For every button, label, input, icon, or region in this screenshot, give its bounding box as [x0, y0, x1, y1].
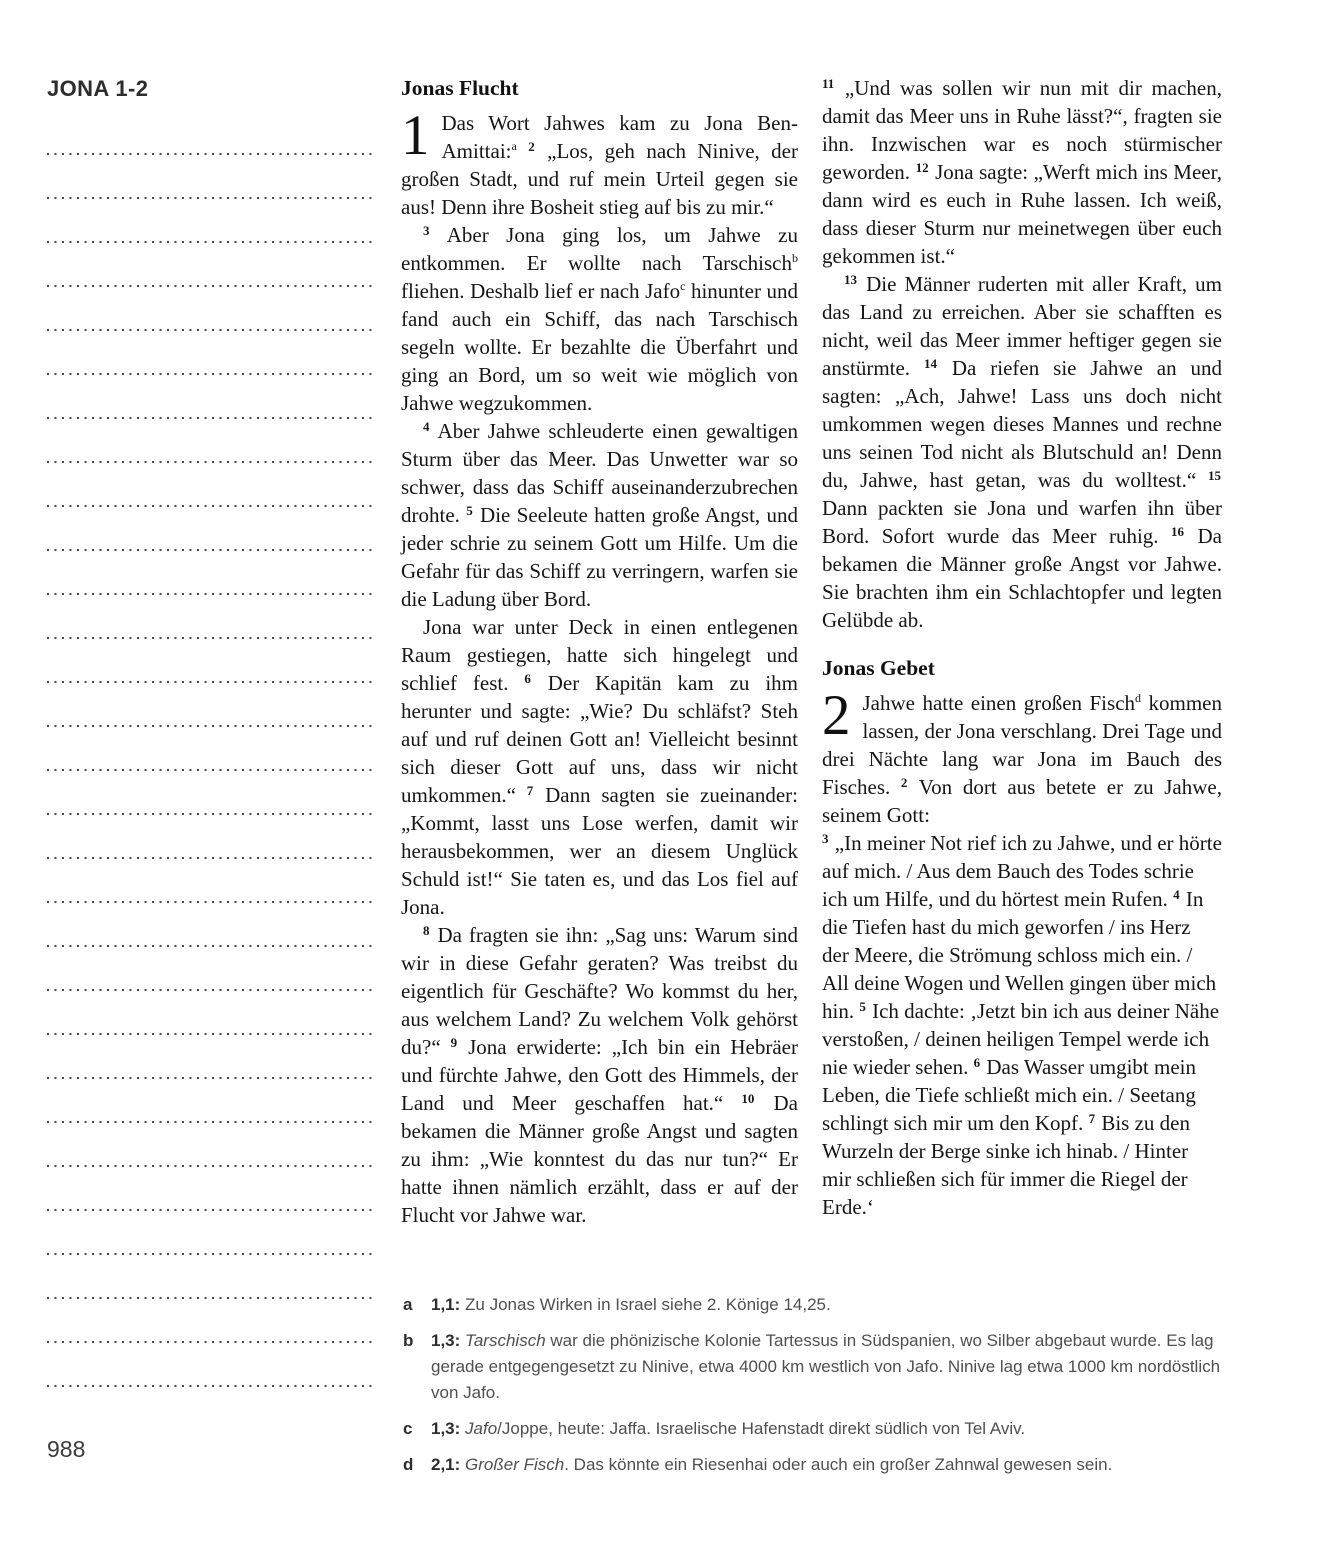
note-line — [47, 683, 373, 727]
note-line — [47, 1255, 373, 1299]
note-line — [47, 331, 373, 375]
note-line — [47, 1343, 373, 1387]
verse-paragraph: 4 Aber Jahwe schleuderte einen gewaltige… — [401, 417, 798, 613]
verse-paragraph: 13 Die Männer ruderten mit aller Kraft, … — [822, 270, 1222, 634]
italic-term: Tarschisch — [465, 1331, 546, 1350]
verse-number: 14 — [924, 356, 937, 371]
note-line — [47, 507, 373, 551]
footnote-reference: 1,3: — [431, 1419, 460, 1438]
italic-term: Großer Fisch — [465, 1455, 564, 1474]
verse-number: 6 — [524, 671, 531, 686]
verse-number: 15 — [1208, 468, 1221, 483]
footnote: a1,1: Zu Jonas Wirken in Israel siehe 2.… — [403, 1292, 1251, 1318]
verse-number: 5 — [859, 999, 866, 1014]
note-line — [47, 1035, 373, 1079]
note-line — [47, 1299, 373, 1343]
note-line — [47, 111, 373, 155]
footnote-letter: b — [403, 1328, 431, 1406]
note-line — [47, 1167, 373, 1211]
verse-number: 9 — [451, 1035, 458, 1050]
text-column-left: Jonas Flucht1Das Wort Jahwes kam zu Jona… — [401, 74, 798, 1229]
verse-paragraph: 8 Da fragten sie ihn: „Sag uns: Warum si… — [401, 921, 798, 1229]
note-line — [47, 199, 373, 243]
verse-number: 8 — [423, 923, 430, 938]
note-line — [47, 947, 373, 991]
running-header: JONA 1-2 — [47, 76, 148, 102]
note-line — [47, 243, 373, 287]
note-line — [47, 771, 373, 815]
footnote-reference: 2,1: — [431, 1455, 460, 1474]
verse-number: 10 — [741, 1091, 754, 1106]
footnote-reference: 1,1: — [431, 1295, 460, 1314]
verse-number: 5 — [466, 503, 473, 518]
verse-number: 12 — [916, 160, 929, 175]
footnote: d2,1: Großer Fisch. Das könnte ein Riese… — [403, 1452, 1251, 1478]
verse-number: 3 — [822, 831, 829, 846]
note-line — [47, 727, 373, 771]
section-heading: Jonas Flucht — [401, 74, 798, 102]
footnote-text: 1,1: Zu Jonas Wirken in Israel siehe 2. … — [431, 1292, 1251, 1318]
note-line — [47, 903, 373, 947]
verse-number: 7 — [527, 783, 534, 798]
chapter-start-paragraph: 1Das Wort Jahwes kam zu Jona Ben-Amittai… — [401, 109, 798, 221]
footnote-marker: b — [792, 251, 798, 265]
book-page: JONA 1-2 Jonas Flucht1Das Wort Jahwes ka… — [0, 0, 1339, 1560]
page-number: 988 — [47, 1436, 85, 1463]
verse-paragraph: Jona war unter Deck in einen entlegenen … — [401, 613, 798, 921]
poem-paragraph: 3 „In meiner Not rief ich zu Jahwe, und … — [822, 829, 1222, 1221]
notes-lines-area — [47, 111, 373, 1387]
note-line — [47, 859, 373, 903]
chapter-start-paragraph: 2Jahwe hatte einen großen Fischd kommen … — [822, 689, 1222, 829]
footnote: b1,3: Tarschisch war die phönizische Kol… — [403, 1328, 1251, 1406]
note-line — [47, 463, 373, 507]
note-line — [47, 991, 373, 1035]
note-line — [47, 419, 373, 463]
verse-number: 4 — [423, 419, 430, 434]
note-line — [47, 287, 373, 331]
note-line — [47, 815, 373, 859]
footnote-letter: c — [403, 1416, 431, 1442]
verse-paragraph: 3 Aber Jona ging los, um Jahwe zu entkom… — [401, 221, 798, 417]
verse-number: 3 — [423, 223, 430, 238]
note-line — [47, 1079, 373, 1123]
verse-number: 16 — [1171, 524, 1184, 539]
footnote: c1,3: Jafo/Joppe, heute: Jaffa. Israelis… — [403, 1416, 1251, 1442]
chapter-number-dropcap: 1 — [401, 109, 442, 161]
verse-number: 6 — [974, 1055, 981, 1070]
note-line — [47, 595, 373, 639]
note-line — [47, 1211, 373, 1255]
verse-number: 4 — [1173, 887, 1180, 902]
footnote-letter: a — [403, 1292, 431, 1318]
text-column-right: 11 „Und was sollen wir nun mit dir mache… — [822, 74, 1222, 1221]
footnote-text: 1,3: Tarschisch war die phönizische Kolo… — [431, 1328, 1251, 1406]
footnote-letter: d — [403, 1452, 431, 1478]
verse-number: 2 — [901, 775, 908, 790]
verse-number: 2 — [528, 139, 535, 154]
note-line — [47, 639, 373, 683]
note-line — [47, 155, 373, 199]
footnote-marker: d — [1135, 691, 1141, 705]
verse-number: 13 — [844, 272, 857, 287]
footnotes-area: a1,1: Zu Jonas Wirken in Israel siehe 2.… — [403, 1292, 1251, 1488]
verse-paragraph: 11 „Und was sollen wir nun mit dir mache… — [822, 74, 1222, 270]
verse-number: 11 — [822, 76, 834, 91]
note-line — [47, 1123, 373, 1167]
footnote-text: 2,1: Großer Fisch. Das könnte ein Riesen… — [431, 1452, 1251, 1478]
footnote-marker: c — [680, 279, 685, 293]
verse-number: 7 — [1089, 1111, 1096, 1126]
italic-term: Jafo — [465, 1419, 497, 1438]
footnote-text: 1,3: Jafo/Joppe, heute: Jaffa. Israelisc… — [431, 1416, 1251, 1442]
footnote-marker: a — [512, 139, 517, 153]
section-heading: Jonas Gebet — [822, 654, 1222, 682]
footnote-reference: 1,3: — [431, 1331, 460, 1350]
note-line — [47, 551, 373, 595]
chapter-number-dropcap: 2 — [822, 689, 863, 741]
note-line — [47, 375, 373, 419]
